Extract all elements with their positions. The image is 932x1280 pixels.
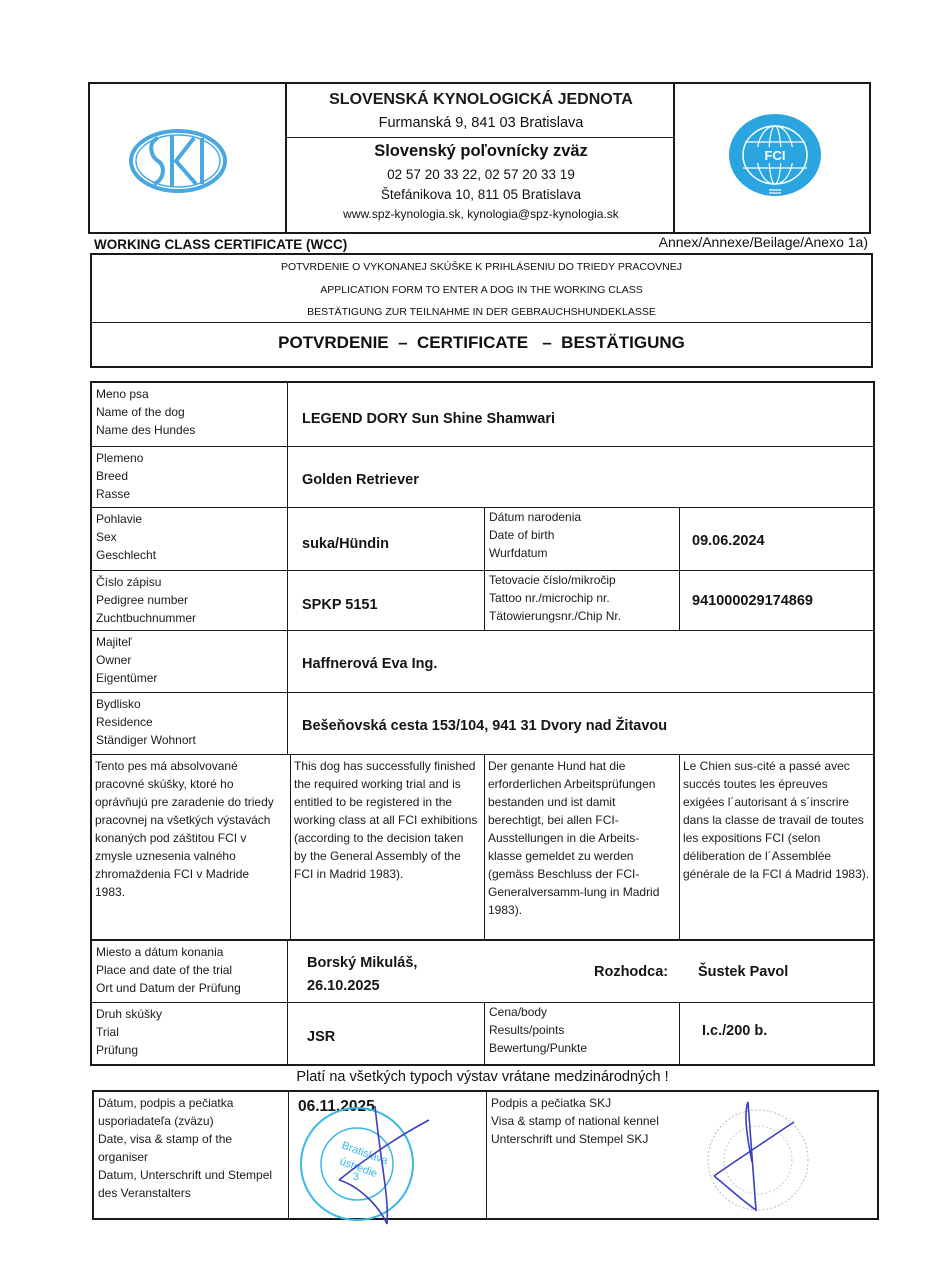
union-contact: www.spz-kynologia.sk, kynologia@spz-kyno… [287,207,675,221]
results-value: I.c./200 b. [702,1023,767,1039]
pedigree-label: Číslo zápisuPedigree numberZuchtbuchnumm… [90,570,287,630]
org-info-cell: SLOVENSKÁ KYNOLOGICKÁ JEDNOTA Furmanská … [287,84,675,232]
breed-value: Golden Retriever [302,472,419,488]
validity-note: Platí na všetkých typoch výstav vrátane … [90,1069,875,1085]
statement-de: Der genante Hund hat dieerforderlichen A… [484,754,679,939]
trial-place-value: Borský Mikuláš, [307,955,417,971]
union-address: Štefánikova 10, 811 05 Bratislava [287,187,675,202]
union-name: Slovenský poľovnícky zväz [287,142,675,161]
judge-label: Rozhodca: [594,964,668,980]
trial-type-label: Druh skúškyTrialPrüfung [90,1002,287,1064]
svg-text:FCI: FCI [765,148,786,163]
letterhead: SLOVENSKÁ KYNOLOGICKÁ JEDNOTA Furmanská … [88,82,871,234]
judge-value: Šustek Pavol [698,964,788,980]
subtitle-en: APPLICATION FORM TO ENTER A DOG IN THE W… [92,284,871,296]
owner-label: MajiteľOwnerEigentümer [90,630,287,692]
skj-stamp-signature-icon [694,1092,874,1218]
birth-date-label: Dátum narodeniaDate of birthWurfdatum [484,507,679,570]
pedigree-value: SPKP 5151 [302,597,378,613]
dog-name-label: Meno psaName of the dogName des Hundes [90,381,287,446]
certificate-heading: POTVRDENIE – CERTIFICATE – BESTÄTIGUNG [92,333,871,353]
subtitle-sk: POTVRDENIE O VYKONANEJ SKÚŠKE K PRIHLÁSE… [92,261,871,273]
organiser-sign-label: Dátum, podpis a pečiatkausporiadateľa (z… [94,1092,289,1218]
signature-box: Dátum, podpis a pečiatkausporiadateľa (z… [92,1090,879,1220]
subtitle-box: POTVRDENIE O VYKONANEJ SKÚŠKE K PRIHLÁSE… [90,253,873,368]
sex-value: suka/Hündin [302,536,389,552]
organiser-stamp-icon: Bratislava ústredie 3 [289,1106,487,1226]
org-name: SLOVENSKÁ KYNOLOGICKÁ JEDNOTA [287,91,675,109]
statement-sk: Tento pes má absolvovanépracovné skúšky,… [90,754,290,939]
subtitle-de: BESTÄTIGUNG ZUR TEILNAHME IN DER GEBRAUC… [92,306,871,318]
statement-fr: Le Chien sus-cité a passé avecsuccés tou… [679,754,875,939]
results-label: Cena/bodyResults/pointsBewertung/Punkte [484,1002,679,1064]
residence-value: Bešeňovská cesta 153/104, 941 31 Dvory n… [302,718,667,734]
organiser-sign-area: 06.11.2025 Bratislava ústredie 3 [289,1092,487,1218]
svg-text:3: 3 [353,1171,359,1183]
statement-en: This dog has successfully finishedthe re… [290,754,484,939]
residence-label: BydliskoResidenceStändiger Wohnort [90,692,287,754]
skj-sign-label: Podpis a pečiatka SKJVisa & stamp of nat… [487,1092,687,1218]
breed-label: PlemenoBreedRasse [90,446,287,507]
union-phones: 02 57 20 33 22, 02 57 20 33 19 [287,167,675,182]
data-table: Meno psaName of the dogName des Hundes L… [90,381,875,1066]
skj-logo-icon [128,128,228,194]
org-address: Furmanská 9, 841 03 Bratislava [287,115,675,131]
fci-logo-icon: FCI [727,112,823,198]
fci-logo-cell: FCI [675,84,869,232]
sex-label: PohlavieSexGeschlecht [90,507,287,570]
dog-name-value: LEGEND DORY Sun Shine Shamwari [302,411,555,427]
trial-type-value: JSR [307,1029,335,1045]
owner-value: Haffnerová Eva Ing. [302,656,437,672]
trial-date-value: 26.10.2025 [307,978,380,994]
trial-place-label: Miesto a dátum konaniaPlace and date of … [90,939,287,1002]
chip-value: 941000029174869 [692,593,813,609]
chip-label: Tetovacie číslo/mikročipTattoo nr./micro… [484,570,679,630]
skj-logo-cell [90,84,287,232]
annex-label: Annex/Annexe/Beilage/Anexo 1a) [659,234,868,250]
birth-date-value: 09.06.2024 [692,533,765,549]
certificate-title: WORKING CLASS CERTIFICATE (WCC) [94,237,347,252]
